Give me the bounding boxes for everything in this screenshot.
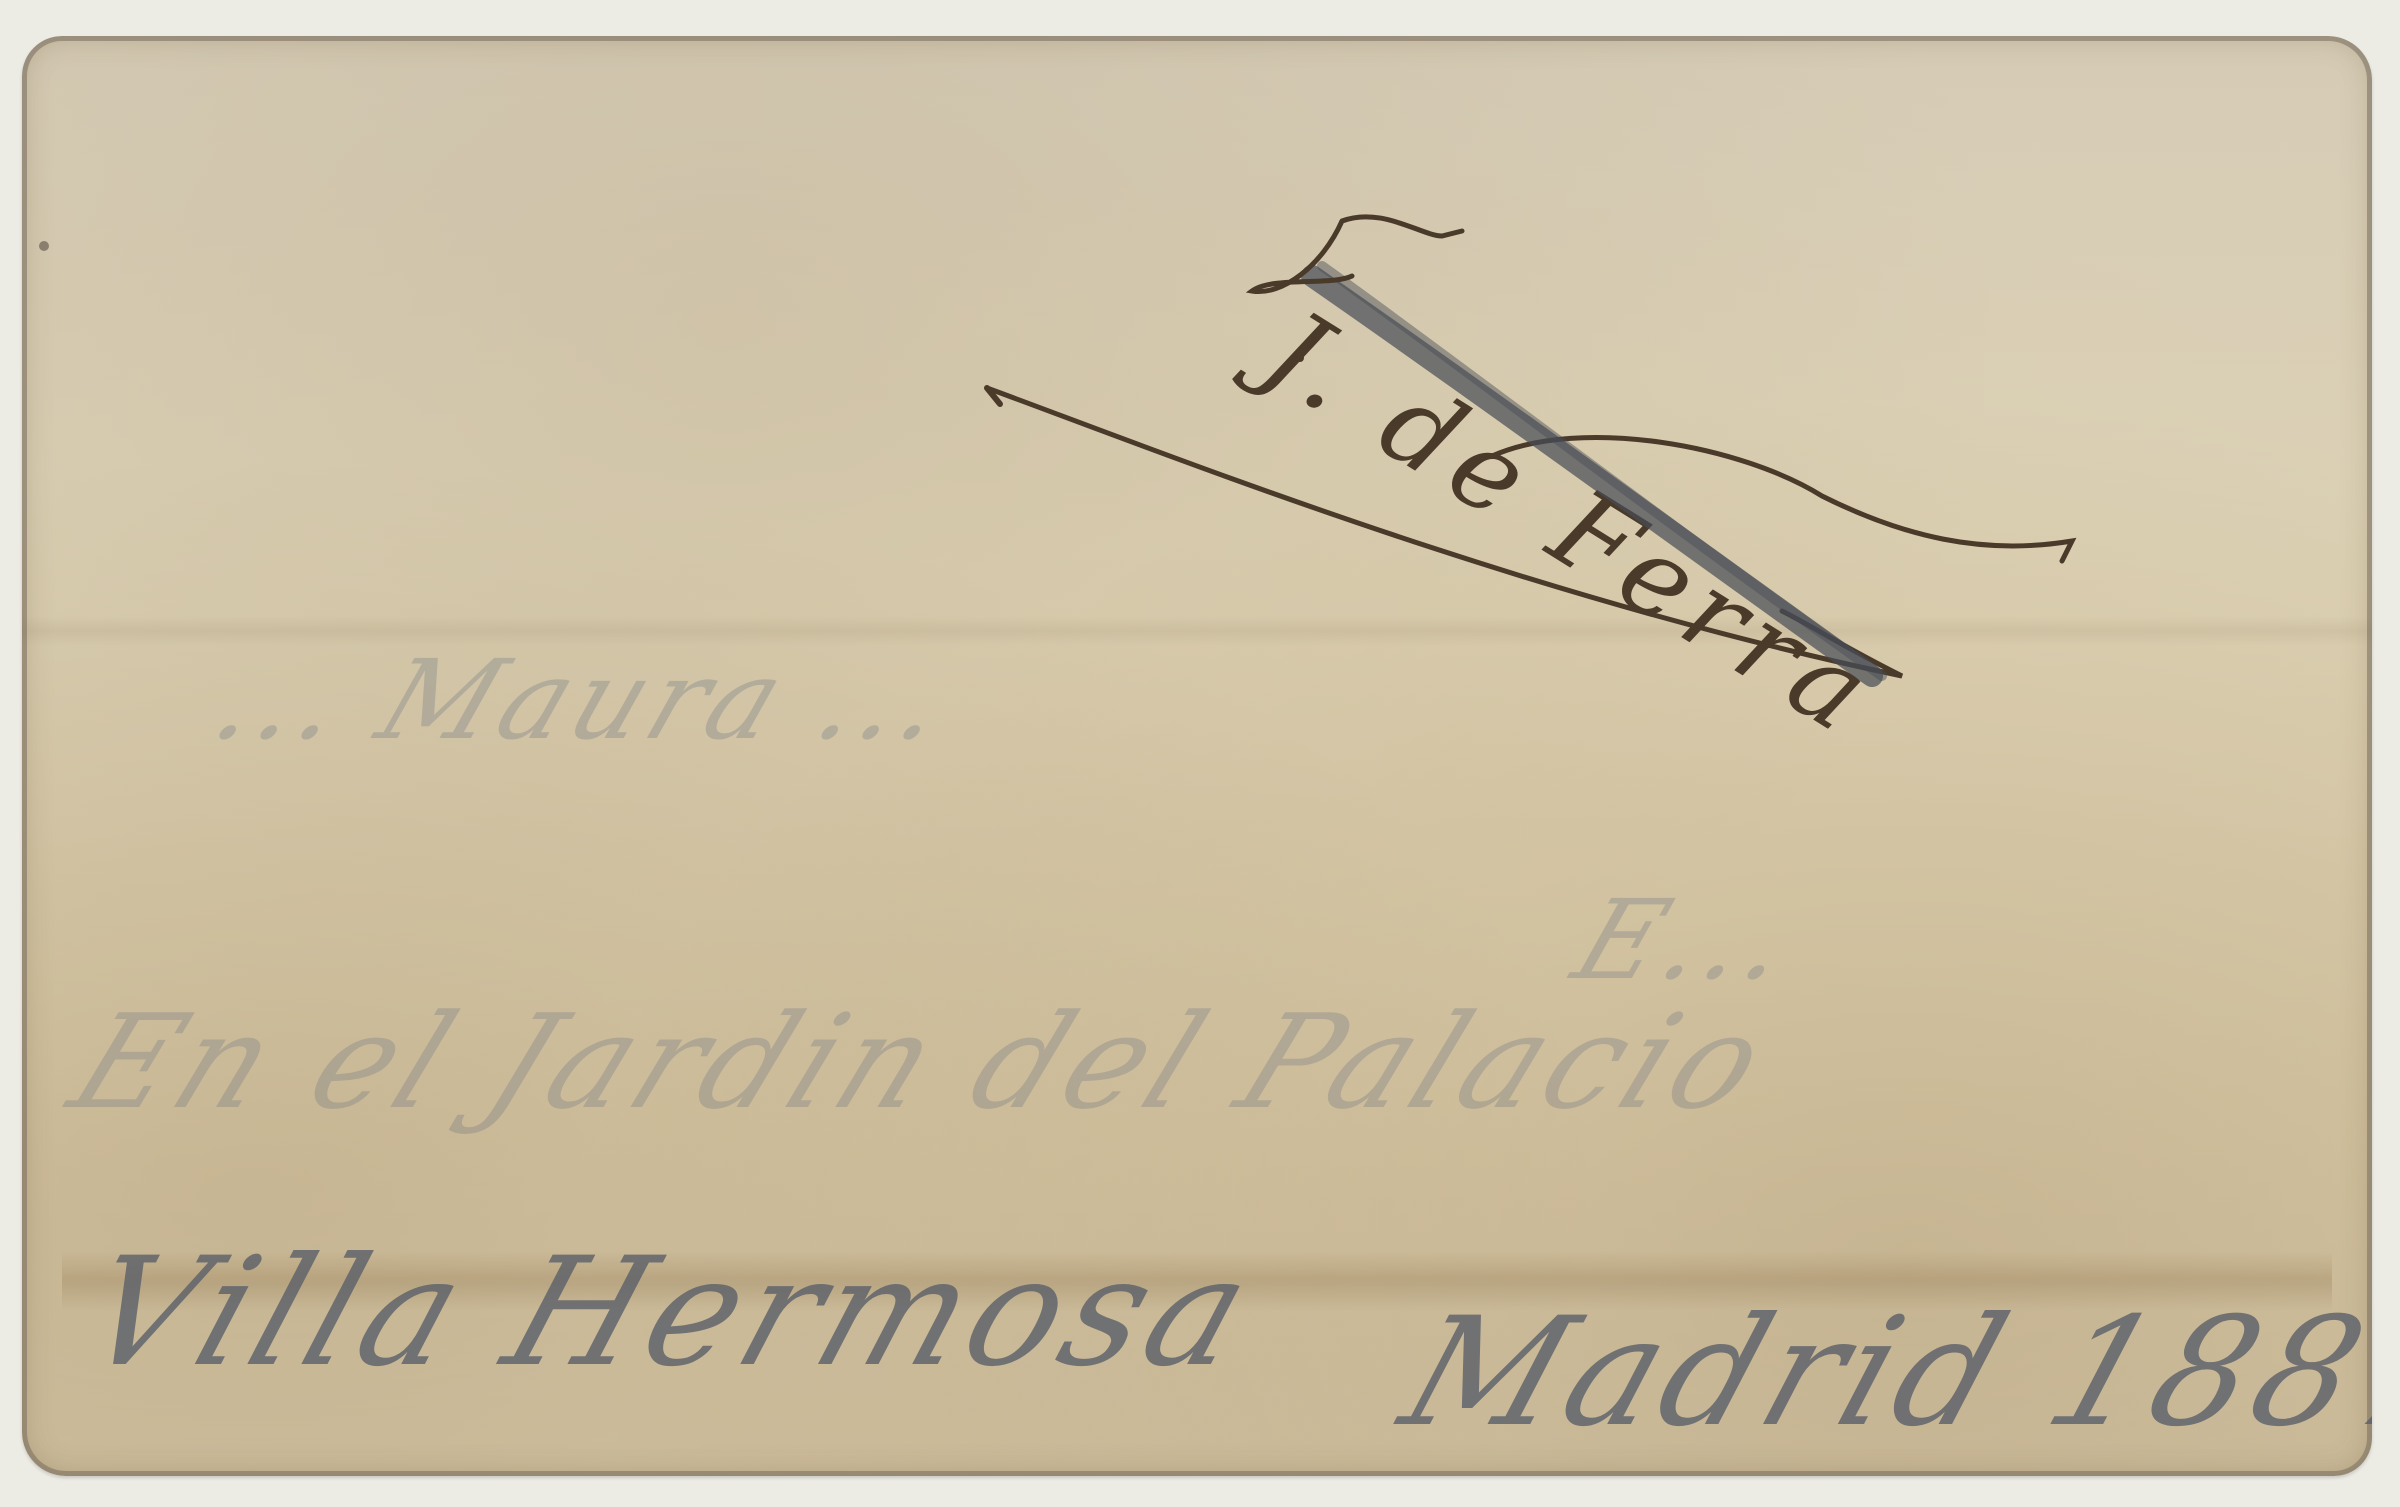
card: ... Maura ... E... En el Jardin del Pala… bbox=[22, 36, 2372, 1476]
signature-flourish bbox=[22, 36, 2372, 1476]
